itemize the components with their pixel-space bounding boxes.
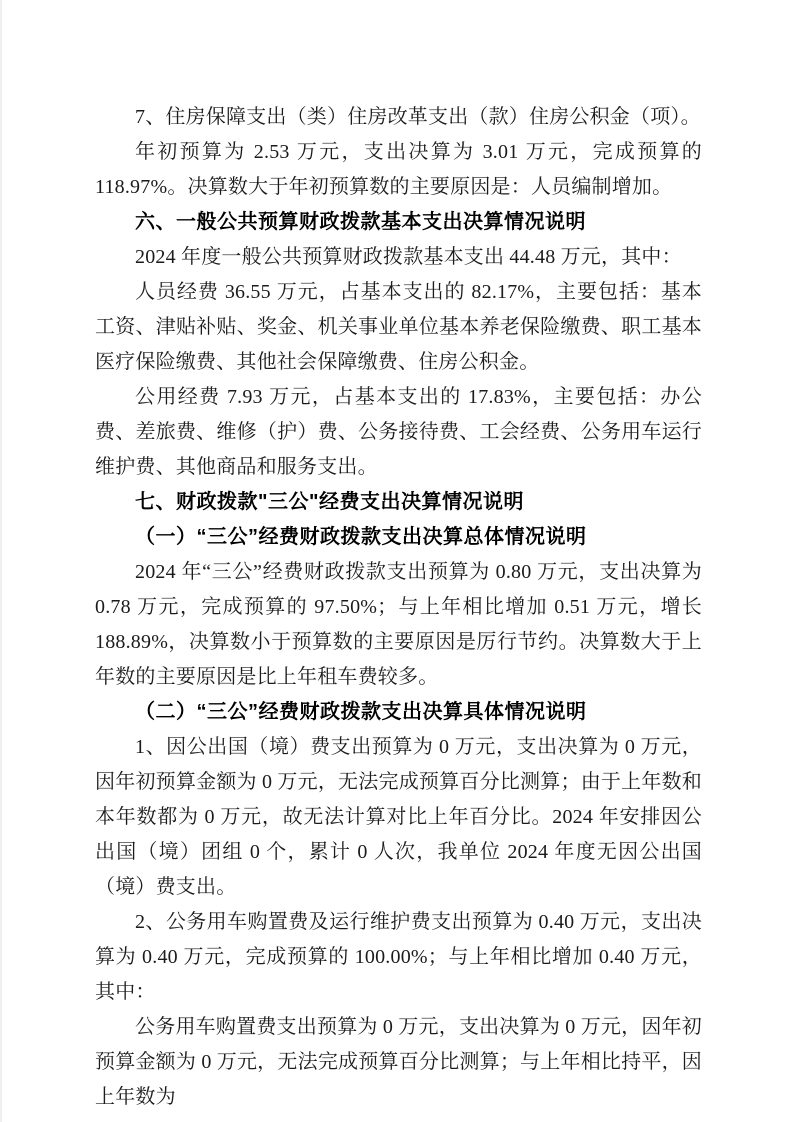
document-page: 7、住房保障支出（类）住房改革支出（款）住房公积金（项）。 年初预算为 2.53… <box>0 0 793 1122</box>
paragraph-public-funds: 公用经费 7.93 万元，占基本支出的 17.83%，主要包括：办公费、差旅费、… <box>95 380 702 485</box>
section-heading-seven: 七、财政拨款"三公"经费支出决算情况说明 <box>95 485 702 520</box>
paragraph-housing-item: 7、住房保障支出（类）住房改革支出（款）住房公积金（项）。 <box>95 100 702 135</box>
paragraph-basic-expenditure-total: 2024 年度一般公共预算财政拨款基本支出 44.48 万元，其中： <box>95 240 702 275</box>
paragraph-vehicle-expense: 2、公务用车购置费及运行维护费支出预算为 0.40 万元，支出决算为 0.40 … <box>95 905 702 1010</box>
paragraph-housing-budget-detail: 年初预算为 2.53 万元，支出决算为 3.01 万元，完成预算的 118.97… <box>95 135 702 205</box>
paragraph-personnel-funds: 人员经费 36.55 万元，占基本支出的 82.17%，主要包括：基本工资、津贴… <box>95 275 702 380</box>
paragraph-sangong-overall: 2024 年“三公”经费财政拨款支出预算为 0.80 万元，支出决算为 0.78… <box>95 555 702 695</box>
document-body: 7、住房保障支出（类）住房改革支出（款）住房公积金（项）。 年初预算为 2.53… <box>95 100 702 1115</box>
paragraph-vehicle-purchase: 公务用车购置费支出预算为 0 万元，支出决算为 0 万元，因年初预算金额为 0 … <box>95 1010 702 1115</box>
subsection-heading-two: （二）“三公”经费财政拨款支出决算具体情况说明 <box>95 695 702 730</box>
subsection-heading-one: （一）“三公”经费财政拨款支出决算总体情况说明 <box>95 520 702 555</box>
paragraph-abroad-expense: 1、因公出国（境）费支出预算为 0 万元，支出决算为 0 万元，因年初预算金额为… <box>95 730 702 905</box>
section-heading-six: 六、一般公共预算财政拨款基本支出决算情况说明 <box>95 205 702 240</box>
